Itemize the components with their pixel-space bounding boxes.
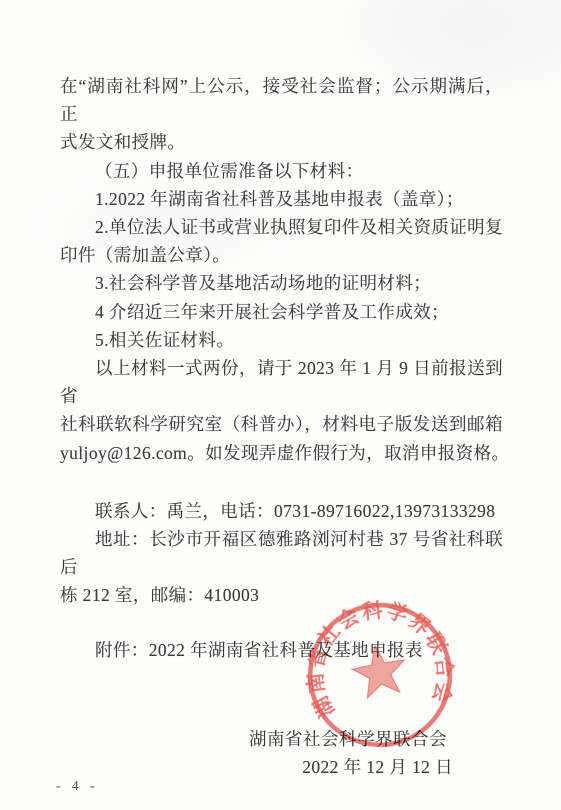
body-line: 社科联软科学研究室（科普办），材料电子版发送到邮箱: [60, 410, 503, 438]
signature-block: 湖南省社会科学界联合会 2022 年 12 月 12 日: [60, 725, 503, 781]
contact-line: 联系人：禹兰，电话：0731-89716022,13973133298: [60, 497, 503, 525]
body-line: 2.单位法人证书或营业执照复印件及相关资质证明复: [60, 213, 503, 241]
attachment-line: 附件：2022 年湖南省社科普及基地申报表: [60, 636, 503, 664]
body-line: 印件（需加盖公章）。: [60, 241, 503, 269]
body-line: 5.相关佐证材料。: [60, 326, 503, 354]
contact-line: 地址：长沙市开福区德雅路浏河村巷 37 号省社科联后: [60, 525, 503, 581]
document-body: 在“湖南社科网”上公示，接受社会监督；公示期满后，正 式发文和授牌。 （五）申报…: [60, 72, 503, 781]
contact-line: 栋 212 室，邮编：410003: [60, 581, 503, 609]
body-line: （五）申报单位需准备以下材料：: [60, 157, 503, 185]
body-line: yuljoy@126.com。如发现弄虚作假行为，取消申报资格。: [60, 439, 503, 467]
body-line: 3.社会科学普及基地活动场地的证明材料；: [60, 269, 503, 297]
document-page: 在“湖南社科网”上公示，接受社会监督；公示期满后，正 式发文和授牌。 （五）申报…: [0, 0, 561, 810]
body-line: 以上材料一式两份，请于 2023 年 1 月 9 日前报送到省: [60, 354, 503, 410]
body-line: 4 介绍近三年来开展社会科学普及工作成效；: [60, 298, 503, 326]
attachment-section: 附件：2022 年湖南省社科普及基地申报表: [60, 636, 503, 664]
signature-org: 湖南省社会科学界联合会: [60, 725, 503, 753]
signature-date: 2022 年 12 月 12 日: [60, 753, 503, 781]
contact-info: 联系人：禹兰，电话：0731-89716022,13973133298 地址：长…: [60, 497, 503, 610]
body-line: 1.2022 年湖南省社科普及基地申报表（盖章）；: [60, 185, 503, 213]
body-line: 式发文和授牌。: [60, 128, 503, 156]
body-line: 在“湖南社科网”上公示，接受社会监督；公示期满后，正: [60, 72, 503, 128]
